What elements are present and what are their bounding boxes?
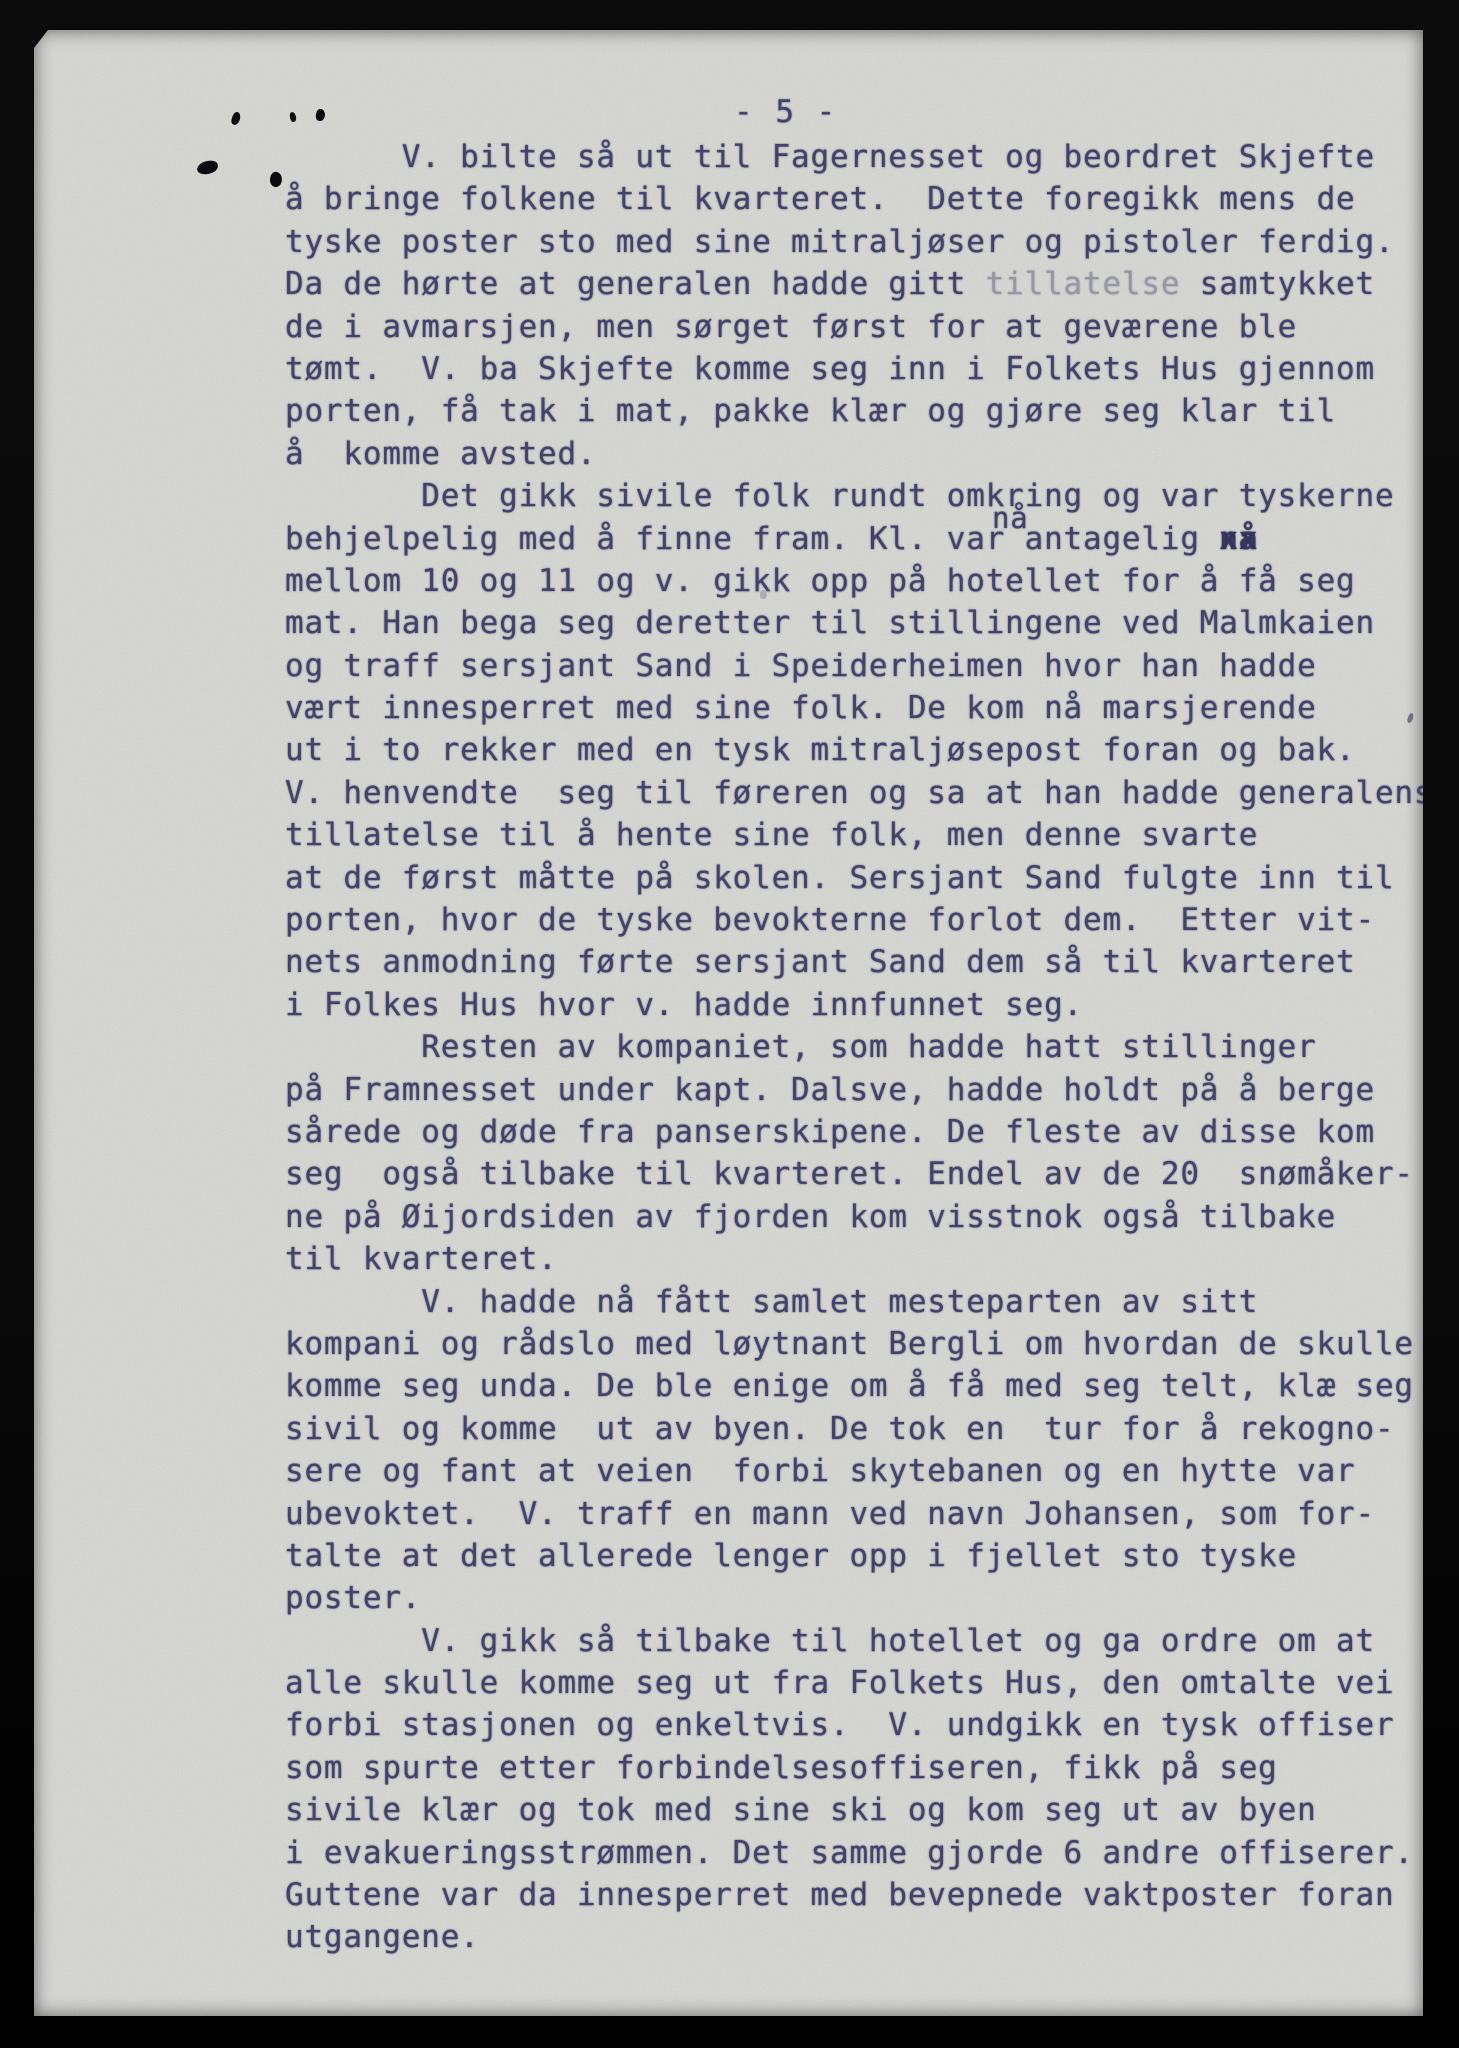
text-line: V. bilte så ut til Fagernesset og beordr…	[285, 136, 1415, 178]
text-line: Guttene var da innesperret med bevepnede…	[285, 1874, 1415, 1916]
text-line: på Framnesset under kapt. Dalsve, hadde …	[285, 1069, 1415, 1111]
text-line: til kvarteret.	[285, 1238, 1415, 1280]
text-line: tømt. V. ba Skjefte komme seg inn i Folk…	[285, 348, 1415, 390]
text-line: V. henvendte seg til føreren og sa at ha…	[285, 772, 1415, 814]
ink-speck	[230, 111, 242, 126]
text-line: som spurte etter forbindelsesoffiseren, …	[285, 1747, 1415, 1789]
text-line: at de først måtte på skolen. Sersjant Sa…	[285, 857, 1415, 899]
text-line: porten, hvor de tyske bevokterne forlot …	[285, 899, 1415, 941]
text-line: seg også tilbake til kvarteret. Endel av…	[285, 1153, 1415, 1195]
ink-speck	[315, 108, 326, 121]
text-line: porten, få tak i mat, pakke klær og gjør…	[285, 390, 1415, 432]
text-line: å bringe folkene til kvarteret. Dette fo…	[285, 178, 1415, 220]
document-text: V. bilte så ut til Fagernesset og beordr…	[285, 136, 1415, 1959]
text-line: poster.	[285, 1577, 1415, 1619]
text-line: tillatelse til å hente sine folk, men de…	[285, 814, 1415, 856]
text-line: mellom 10 og 11 og v. gikk opp på hotell…	[285, 560, 1415, 602]
text-line: ne på Øijordsiden av fjorden kom visstno…	[285, 1196, 1415, 1238]
paper-sheet: - 5 - nå V. bilte så ut til Fagernesset …	[34, 30, 1423, 2016]
text-segment: samtykket	[1180, 266, 1375, 302]
text-segment: Da de hørte at generalen hadde gitt	[285, 266, 986, 302]
text-line: ut i to rekker med en tysk mitraljøsepos…	[285, 729, 1415, 771]
ink-speck	[289, 111, 297, 122]
text-line: Da de hørte at generalen hadde gitt till…	[285, 263, 1415, 305]
text-line: sårede og døde fra panserskipene. De fle…	[285, 1111, 1415, 1153]
text-line: mat. Han bega seg deretter til stillinge…	[285, 602, 1415, 644]
page-number: - 5 -	[734, 94, 837, 130]
text-line: utgangene.	[285, 1916, 1415, 1958]
text-segment: behjelpelig med å finne fram. Kl. var an…	[285, 521, 1219, 557]
text-line: vært innesperret med sine folk. De kom n…	[285, 687, 1415, 729]
text-line: Resten av kompaniet, som hadde hatt stil…	[285, 1026, 1415, 1068]
faded-word: tillatelse	[986, 266, 1181, 302]
text-line: og traff sersjant Sand i Speiderheimen h…	[285, 645, 1415, 687]
text-line: sere og fant at veien forbi skytebanen o…	[285, 1450, 1415, 1492]
text-line: alle skulle komme seg ut fra Folkets Hus…	[285, 1662, 1415, 1704]
text-line: ubevoktet. V. traff en mann ved navn Joh…	[285, 1493, 1415, 1535]
text-line: sivil og komme ut av byen. De tok en tur…	[285, 1408, 1415, 1450]
text-line: sivile klær og tok med sine ski og kom s…	[285, 1789, 1415, 1831]
overstrike-marks: xx	[1219, 518, 1258, 560]
text-line: forbi stasjonen og enkeltvis. V. undgikk…	[285, 1704, 1415, 1746]
text-line: i Folkes Hus hvor v. hadde innfunnet seg…	[285, 984, 1415, 1026]
text-line: V. hadde nå fått samlet mesteparten av s…	[285, 1281, 1415, 1323]
text-line: Det gikk sivile folk rundt omkring og va…	[285, 475, 1415, 517]
overstruck-word: nåxx	[1219, 518, 1258, 560]
text-line: de i avmarsjen, men sørget først for at …	[285, 306, 1415, 348]
text-line: i evakueringsstrømmen. Det samme gjorde …	[285, 1832, 1415, 1874]
text-line: behjelpelig med å finne fram. Kl. var an…	[285, 518, 1415, 560]
text-line: å komme avsted.	[285, 433, 1415, 475]
text-line: komme seg unda. De ble enige om å få med…	[285, 1365, 1415, 1407]
text-line: tyske poster sto med sine mitraljøser og…	[285, 221, 1415, 263]
text-line: nets anmodning førte sersjant Sand dem s…	[285, 941, 1415, 983]
ink-speck	[196, 160, 219, 176]
text-line: kompani og rådslo med løytnant Bergli om…	[285, 1323, 1415, 1365]
text-line: V. gikk så tilbake til hotellet og ga or…	[285, 1620, 1415, 1662]
ink-speck	[268, 171, 283, 188]
text-line: talte at det allerede lenger opp i fjell…	[285, 1535, 1415, 1577]
